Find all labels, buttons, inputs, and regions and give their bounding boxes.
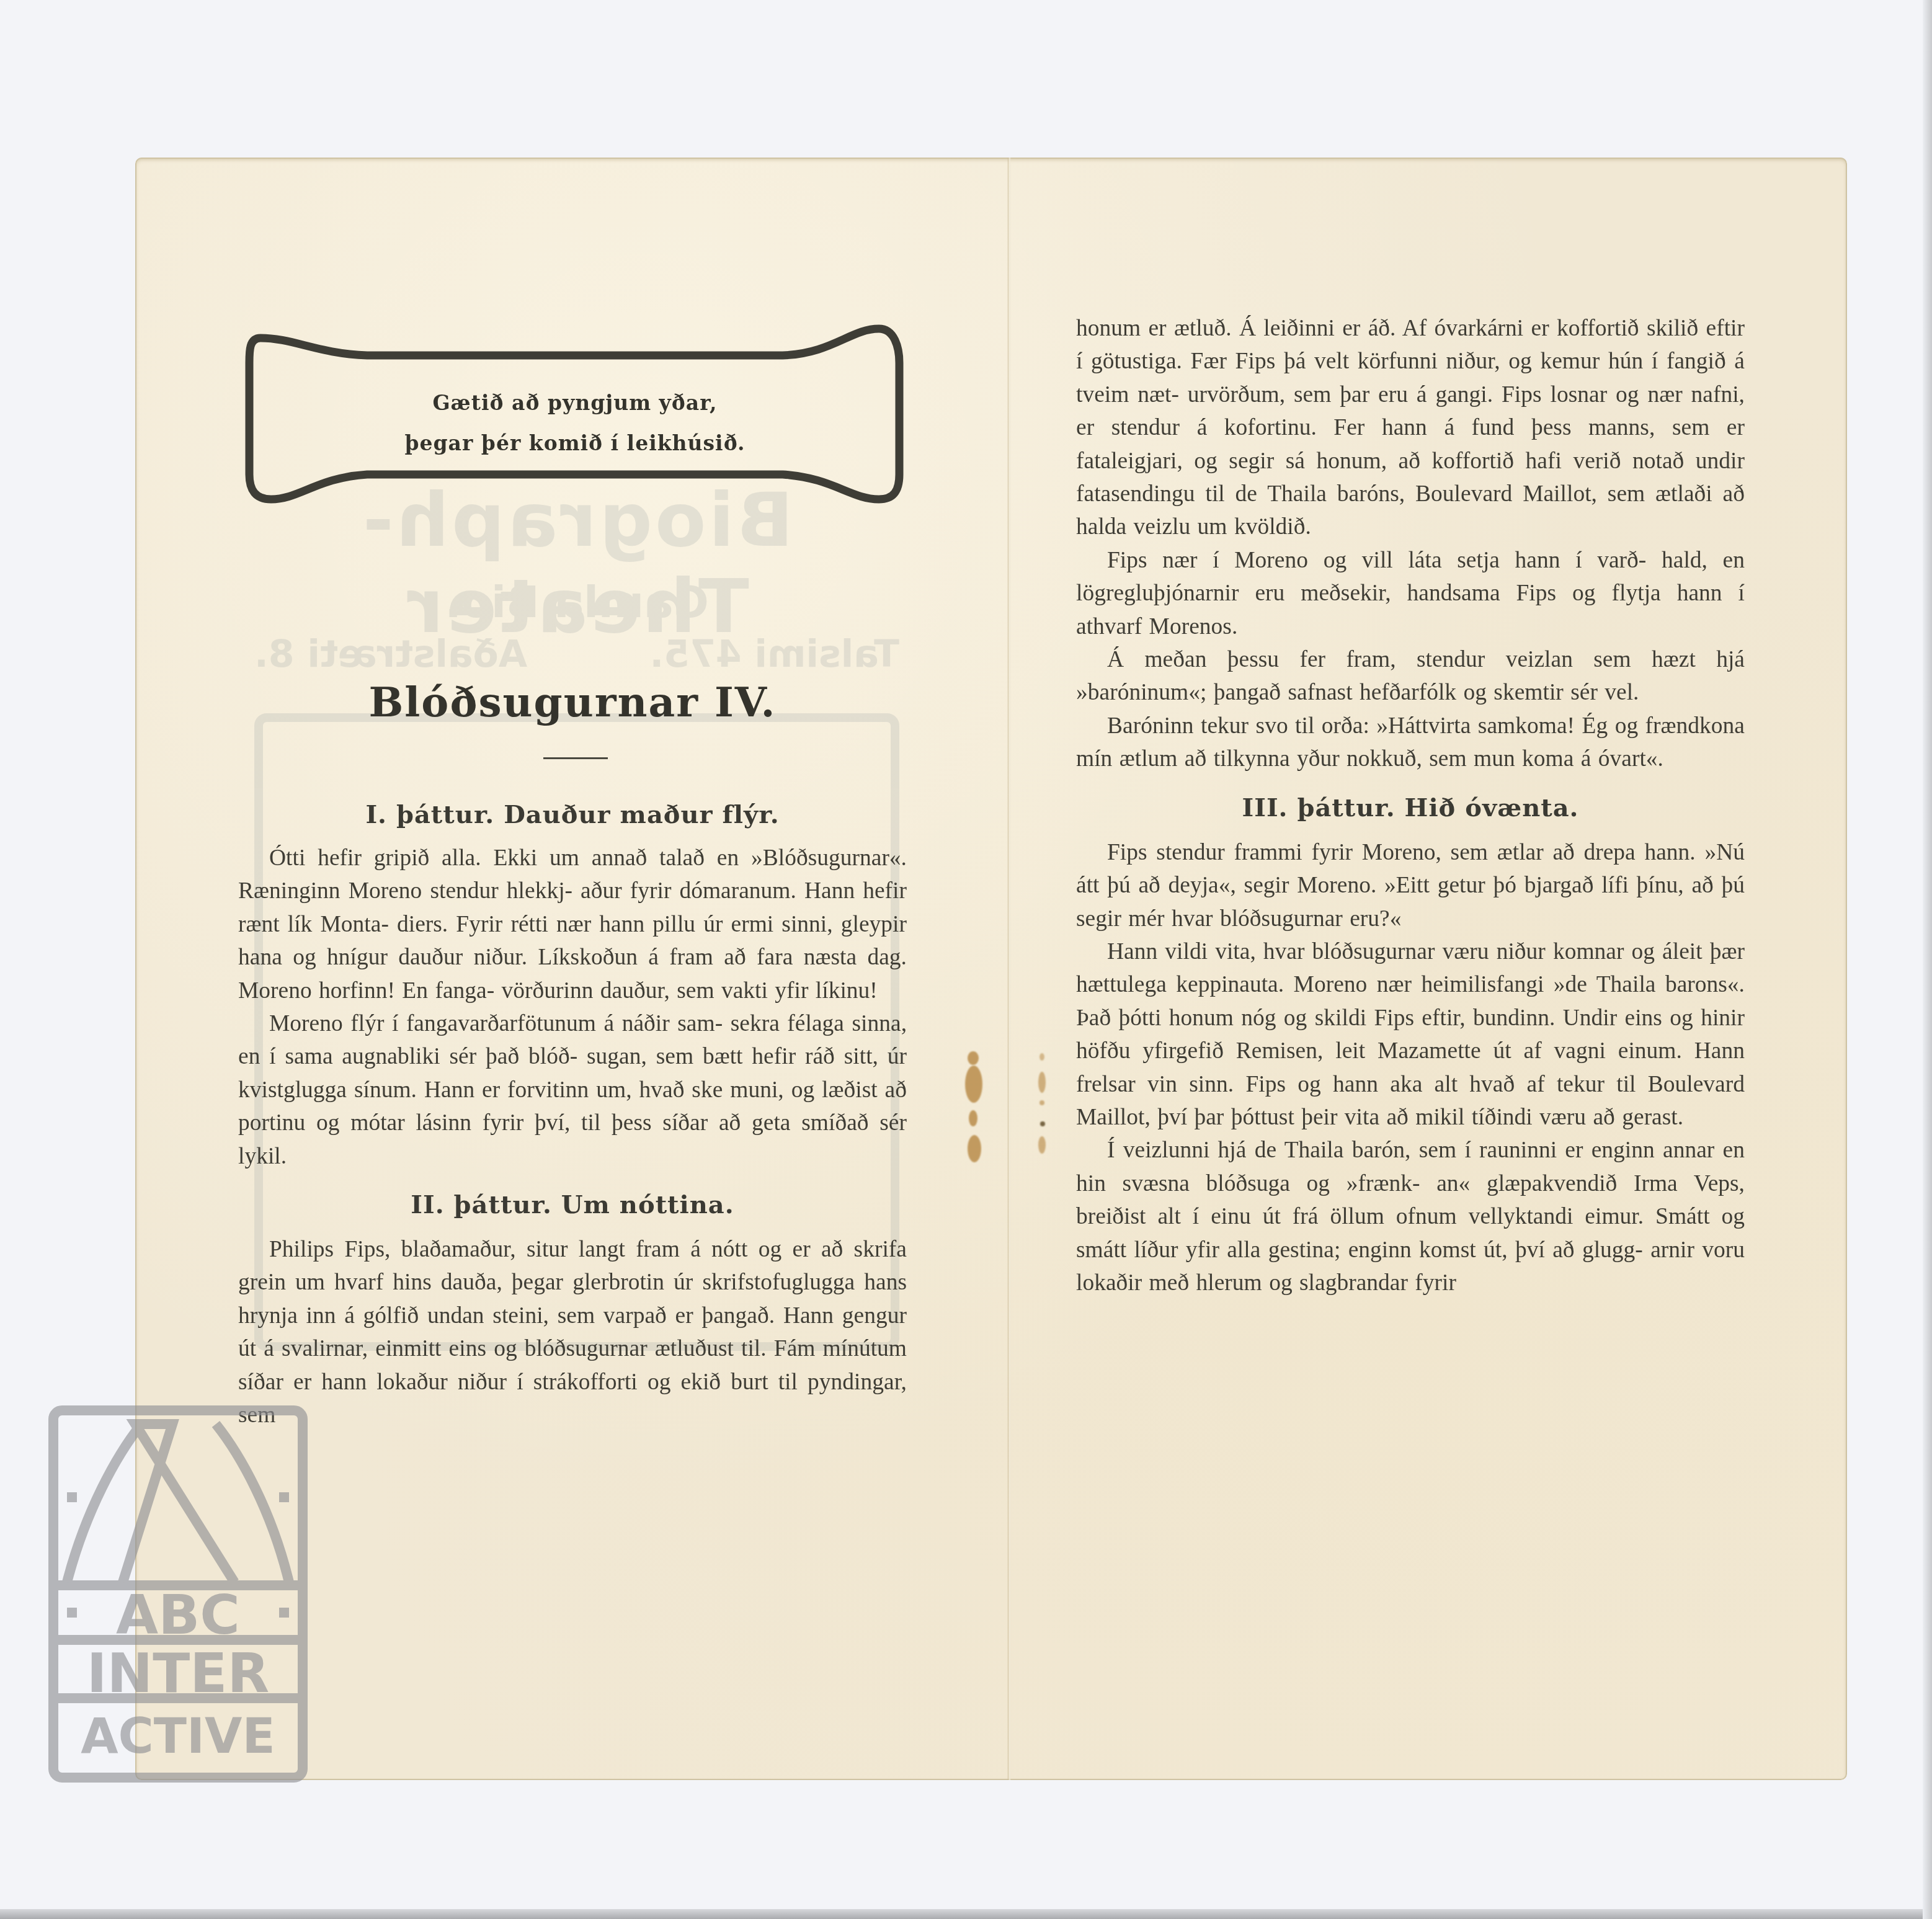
center-fold — [1007, 158, 1011, 1780]
left-body: I. þáttur. Dauður maður flýr. Ótti hefir… — [238, 800, 907, 1432]
section-heading-3: III. þáttur. Hið óvænta. — [1076, 793, 1745, 822]
logo-text-active: ACTIVE — [81, 1709, 275, 1765]
scanner-bed-edge — [0, 1909, 1932, 1919]
showthrough-line-3: Talsimi 475. Aðalstræti 8. — [254, 633, 899, 676]
showthrough-line-2: Gamla Bio. — [229, 577, 924, 628]
logo-text-abc: ABC — [116, 1583, 240, 1647]
paragraph-continued: honum er ætluð. Á leiðinni er áð. Af óva… — [1076, 312, 1745, 544]
notice-line-2: þegar þér komið í leikhúsið. — [243, 431, 907, 455]
paragraph: Fips nær í Moreno og vill láta setja han… — [1076, 544, 1745, 643]
scanner-bed-edge-right — [1923, 0, 1932, 1919]
paragraph: Á meðan þessu fer fram, stendur veizlan … — [1076, 643, 1745, 710]
paragraph: Baróninn tekur svo til orða: »Háttvirta … — [1076, 710, 1745, 776]
archive-logo-icon: ABC INTER ACTIVE — [48, 1405, 308, 1783]
paragraph: Ótti hefir gripið alla. Ekki um annað ta… — [238, 842, 907, 1007]
notice-line-1: Gætið að pyngjum yðar, — [243, 391, 907, 415]
notice-box: Gætið að pyngjum yðar, þegar þér komið í… — [243, 319, 907, 512]
logo-text-inter: INTER — [87, 1641, 269, 1705]
paragraph: Philips Fips, blaðamaður, situr langt fr… — [238, 1233, 907, 1431]
right-body: honum er ætluð. Á leiðinni er áð. Af óva… — [1076, 312, 1745, 1299]
section-heading-1: I. þáttur. Dauður maður flýr. — [238, 800, 907, 829]
section-heading-2: II. þáttur. Um nóttina. — [238, 1190, 907, 1219]
page-title: Blóðsugurnar IV. — [238, 678, 907, 726]
abc-interactive-archive-logo: ABC INTER ACTIVE ARCHIVE — [48, 1405, 308, 1783]
paragraph: Í veizlunni hjá de Thaila barón, sem í r… — [1076, 1134, 1745, 1299]
paragraph: Hann vildi vita, hvar blóðsugurnar væru … — [1076, 935, 1745, 1134]
ornamental-frame-icon — [243, 319, 907, 512]
paragraph: Fips stendur frammi fyrir Moreno, sem æt… — [1076, 836, 1745, 935]
paragraph: Moreno flýr í fangavarðarfötunum á náðir… — [238, 1007, 907, 1173]
title-divider — [543, 757, 608, 759]
